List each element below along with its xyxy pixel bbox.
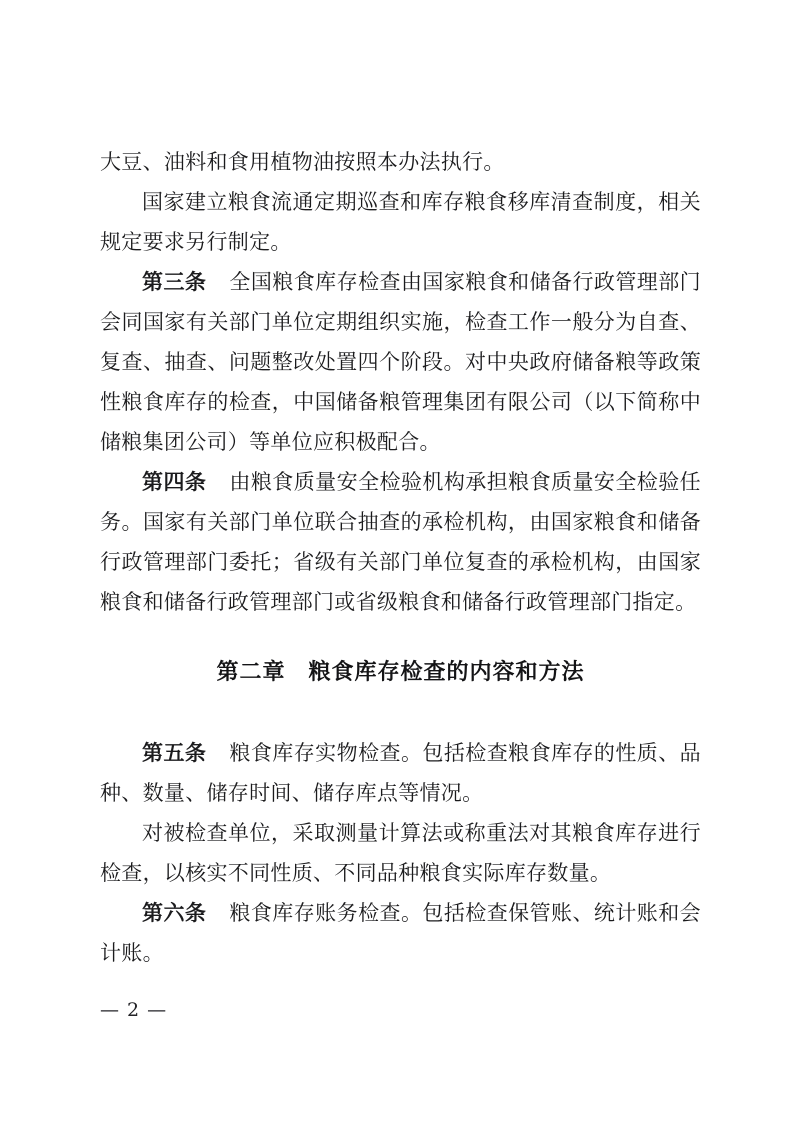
article-number: 第六条 [142, 901, 206, 925]
paragraph: 对被检查单位，采取测量计算法或称重法对其粮食库存进行检查，以核实不同性质、不同品… [100, 813, 701, 893]
paragraph: 大豆、油料和食用植物油按照本办法执行。 [100, 142, 701, 182]
paragraph: 第四条由粮食质量安全检验机构承担粮食质量安全检验任务。国家有关部门单位联合抽查的… [100, 462, 701, 622]
paragraph: 第三条全国粮食库存检查由国家粮食和储备行政管理部门会同国家有关部门单位定期组织实… [100, 262, 701, 462]
paragraph: 国家建立粮食流通定期巡查和库存粮食移库清查制度，相关规定要求另行制定。 [100, 182, 701, 262]
article-number: 第四条 [142, 470, 206, 494]
document-body: 大豆、油料和食用植物油按照本办法执行。国家建立粮食流通定期巡查和库存粮食移库清查… [100, 142, 701, 973]
paragraph: 第五条粮食库存实物检查。包括检查粮食库存的性质、品种、数量、储存时间、储存库点等… [100, 733, 701, 813]
chapter-heading: 第二章 粮食库存检查的内容和方法 [100, 653, 701, 693]
paragraph: 第六条粮食库存账务检查。包括检查保管账、统计账和会计账。 [100, 893, 701, 973]
article-number: 第五条 [142, 741, 206, 765]
page-number: — 2 — [100, 1000, 167, 1020]
article-number: 第三条 [142, 270, 206, 294]
